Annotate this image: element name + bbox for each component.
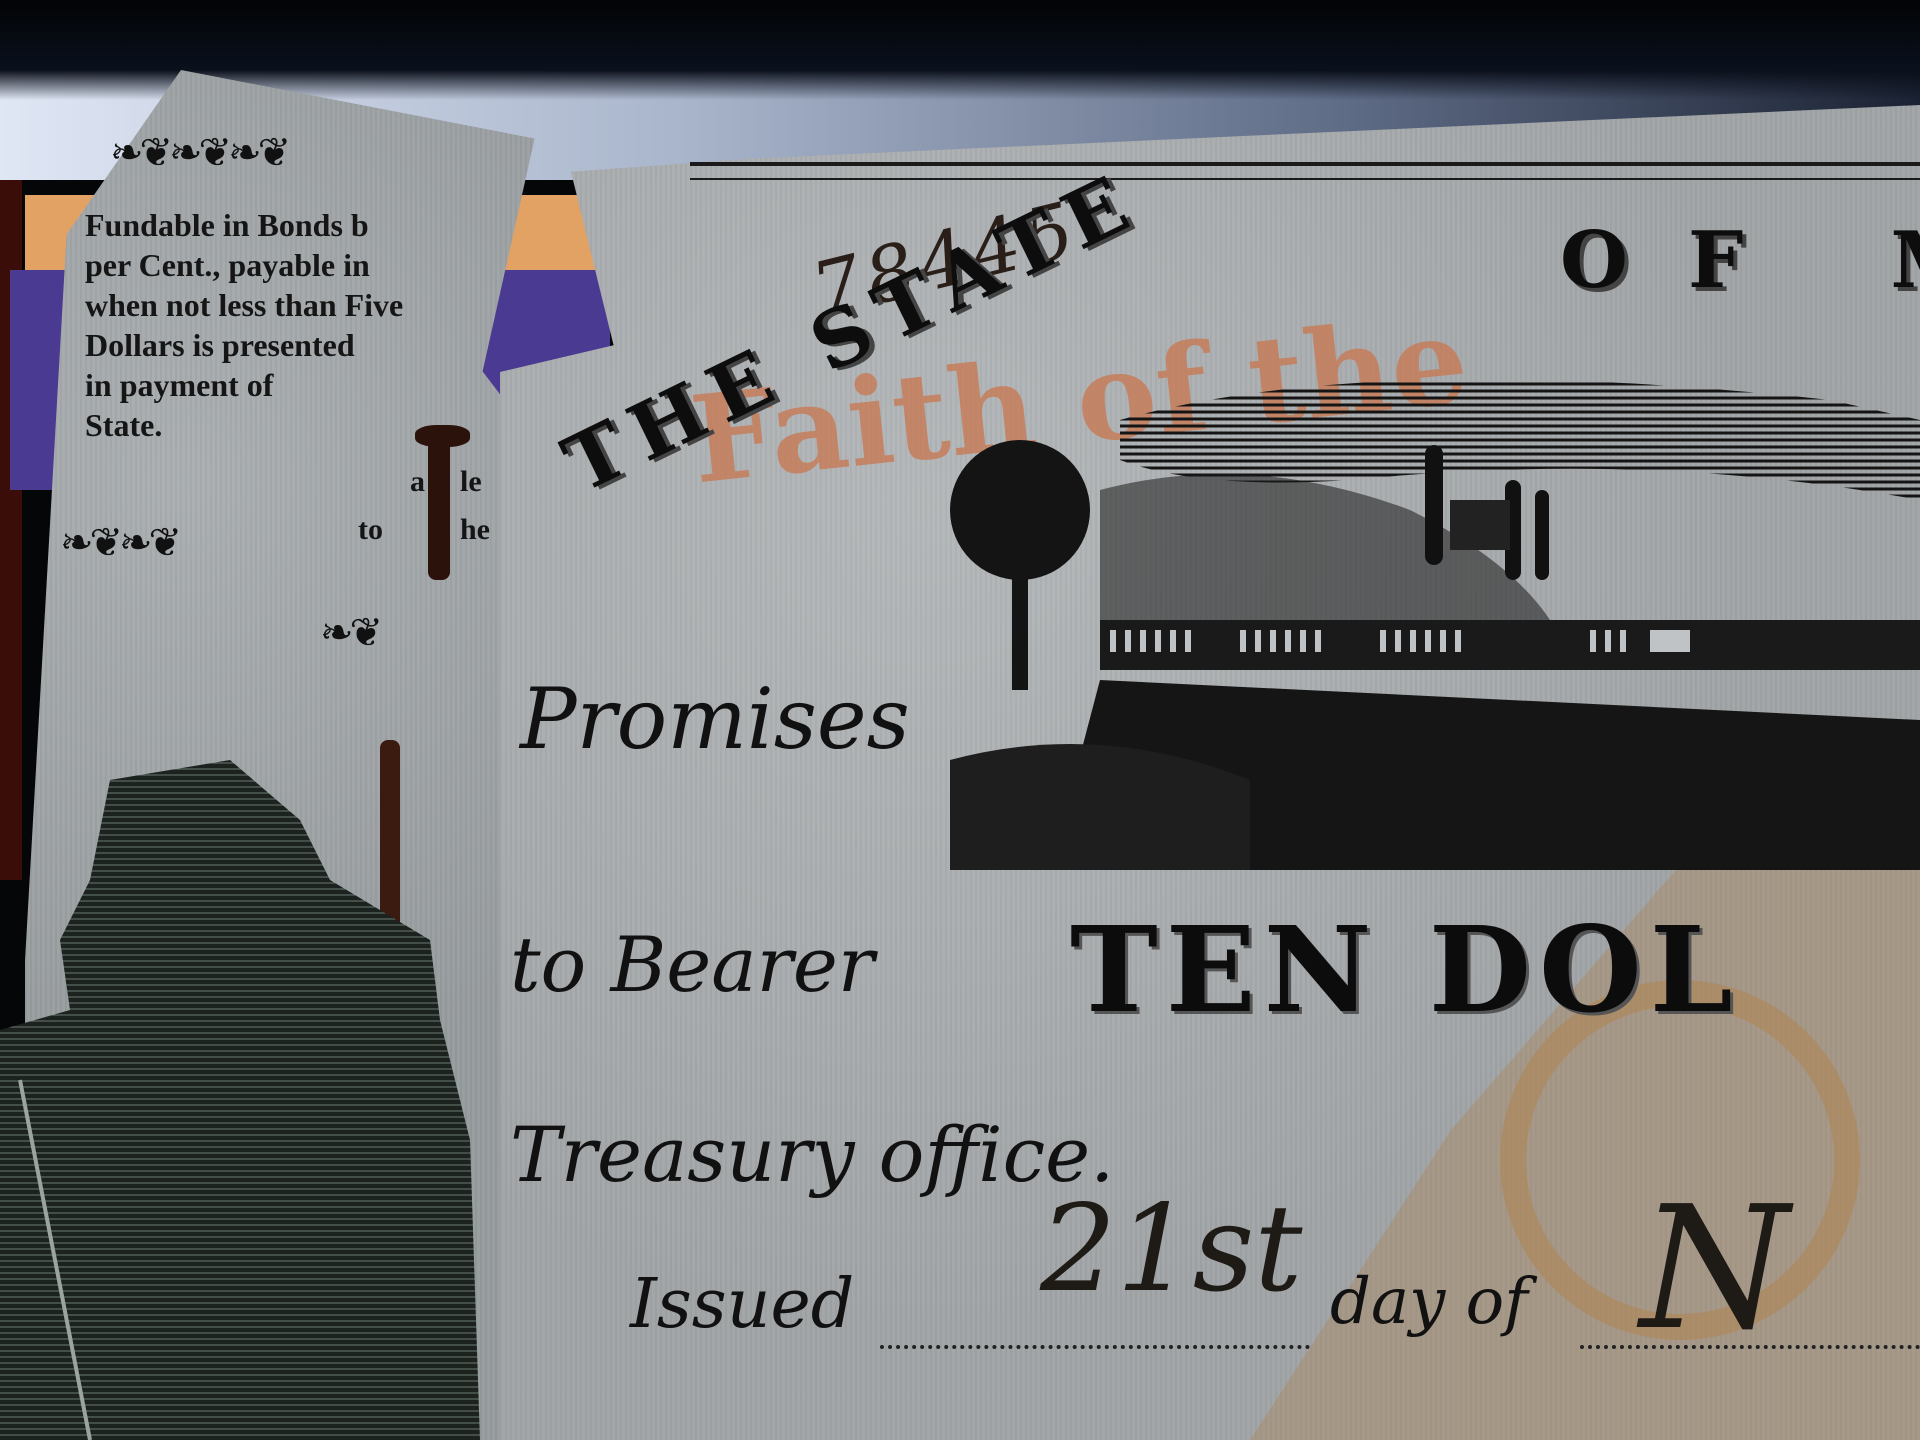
treasury-office-text: Treasury office.: [510, 1110, 1114, 1199]
fragment-text: he: [460, 513, 490, 547]
scroll-ornament-bottom-icon: ❧❦❧❦: [60, 520, 178, 566]
dark-background: [0, 0, 1920, 80]
day-of-label: day of: [1330, 1265, 1528, 1339]
issued-label: Issued: [630, 1265, 854, 1344]
funding-line: Fundable in Bonds b: [85, 205, 525, 245]
scroll-ornament-top-icon: ❧❦❧❦❧❦: [110, 130, 287, 176]
train-vignette-icon: [950, 360, 1920, 870]
month-handwriting: N: [1640, 1170, 1789, 1368]
top-border-rule-thin: [690, 178, 1920, 180]
fragment-text: to: [358, 513, 383, 547]
funding-line: per Cent., payable in: [85, 245, 525, 285]
left-engraving-icon: [0, 760, 480, 1440]
funding-line: Dollars is presented: [85, 325, 525, 365]
scroll-ornament-icon: ❧❦: [320, 610, 379, 656]
funding-clause: Fundable in Bonds b per Cent., payable i…: [85, 205, 525, 445]
denomination-text: TEN DOL: [1070, 900, 1741, 1039]
to-bearer-text: to Bearer: [510, 920, 874, 1009]
fragment-text: a: [410, 465, 425, 499]
funding-line: in payment of: [85, 365, 525, 405]
issued-day-handwriting: 21st: [1040, 1180, 1303, 1319]
fragment-text: le: [460, 465, 482, 499]
funding-line: when not less than Five: [85, 285, 525, 325]
nail-shaft-stain: [428, 440, 450, 580]
title-of-state: OF M: [1560, 215, 1920, 306]
issued-day-line: [880, 1345, 1310, 1349]
promises-text: Promises: [520, 670, 910, 768]
top-border-rule: [690, 162, 1920, 166]
